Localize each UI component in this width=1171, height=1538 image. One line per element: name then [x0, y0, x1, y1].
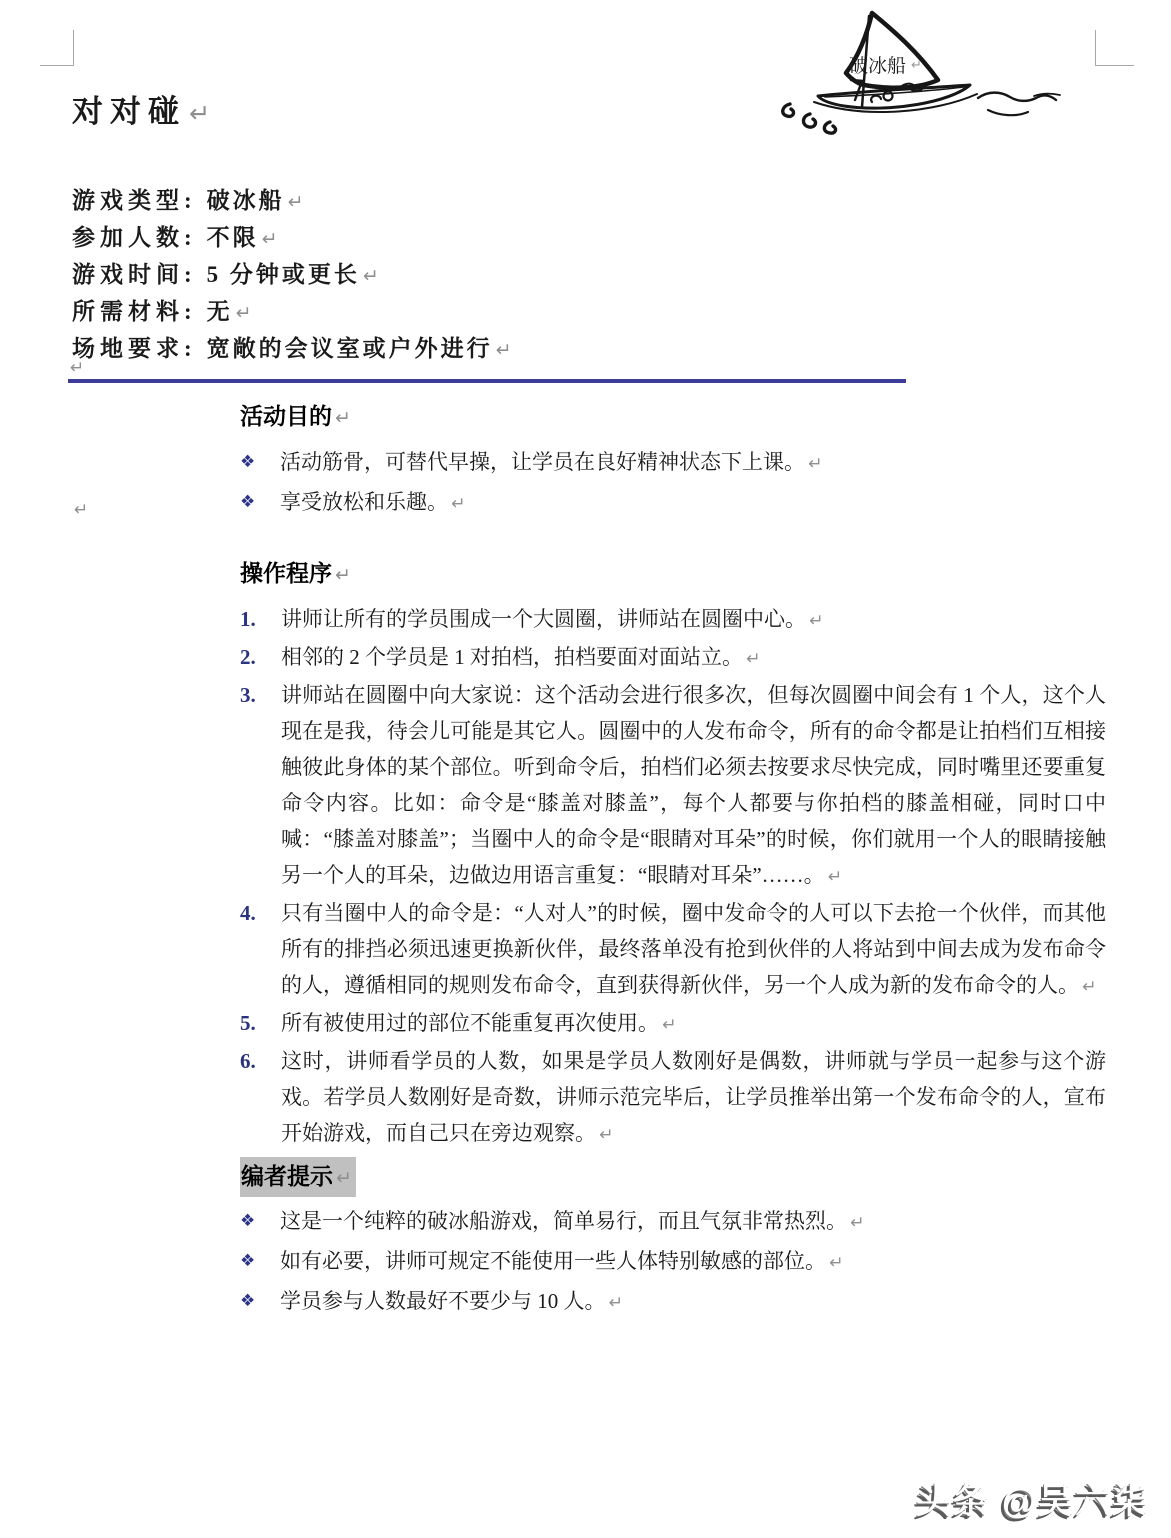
- paragraph-mark: ↵: [609, 1293, 623, 1313]
- bullet-text: 这是一个纯粹的破冰船游戏，简单易行，而且气氛非常热烈。↵: [280, 1203, 1106, 1242]
- step-number: 6.: [240, 1043, 281, 1079]
- paragraph-mark: ↵: [808, 454, 822, 474]
- info-line-duration: 游戏时间:5 分钟或更长↵: [72, 256, 511, 293]
- wave-line-right-2: [988, 110, 1028, 115]
- tips-bullet-item: ❖ 如有必要，讲师可规定不能使用一些人体特别敏感的部位。↵: [240, 1243, 1106, 1282]
- paragraph-mark: ↵: [236, 302, 252, 324]
- text-boundary-mark-top-right: [1095, 30, 1134, 66]
- paragraph-mark: ↵: [335, 564, 351, 586]
- diamond-bullet-icon: ❖: [240, 444, 280, 481]
- step-text: 所有被使用过的部位不能重复再次使用。↵: [281, 1005, 1106, 1043]
- bullet-text-content: 活动筋骨，可替代早操，让学员在良好精神状态下上课。: [280, 450, 805, 474]
- paragraph-mark: ↵: [809, 611, 823, 631]
- step-number: 1.: [240, 601, 281, 637]
- section-heading-procedure: 操作程序↵: [240, 555, 1106, 593]
- watermark: 头条 @吴六柒: [916, 1474, 1149, 1524]
- hull-scribble-2: [871, 96, 881, 102]
- paragraph-mark: ↵: [70, 358, 84, 378]
- hull-scribble-3: [884, 92, 893, 101]
- info-line-venue: 场地要求:宽敞的会议室或户外进行↵: [72, 330, 511, 367]
- paragraph-mark: ↵: [746, 649, 760, 669]
- text-boundary-mark-top-left: [40, 30, 74, 66]
- sailboat-illustration: 破冰船 ↵: [772, 6, 1064, 136]
- info-line-game-type: 游戏类型:破冰船↵: [72, 182, 511, 219]
- bullet-text-content: 如有必要，讲师可规定不能使用一些人体特别敏感的部位。: [280, 1249, 826, 1273]
- section-heading-purpose: 活动目的↵: [240, 398, 1106, 436]
- highlighted-heading: 编者提示↵: [240, 1157, 356, 1197]
- info-value: 不限: [207, 225, 259, 250]
- paragraph-mark: ↵: [1082, 977, 1096, 997]
- tips-bullet-item: ❖ 这是一个纯粹的破冰船游戏，简单易行，而且气氛非常热烈。↵: [240, 1203, 1106, 1242]
- diamond-bullet-icon: ❖: [240, 1283, 280, 1320]
- paragraph-mark: ↵: [189, 98, 210, 128]
- procedure-step: 5. 所有被使用过的部位不能重复再次使用。↵: [240, 1005, 1106, 1043]
- heading-text: 编者提示: [241, 1163, 333, 1189]
- purpose-bullet-item: ❖ 享受放松和乐趣。↵: [240, 484, 1106, 523]
- paragraph-mark: ↵: [363, 265, 379, 287]
- bullet-text-content: 学员参与人数最好不要少与 10 人。: [280, 1289, 606, 1313]
- step-number: 2.: [240, 639, 281, 675]
- diamond-bullet-icon: ❖: [240, 1203, 280, 1240]
- paragraph-mark: ↵: [496, 339, 512, 361]
- heading-text: 操作程序: [240, 560, 332, 586]
- procedure-step: 2. 相邻的 2 个学员是 1 对拍档，拍档要面对面站立。↵: [240, 639, 1106, 677]
- info-value: 宽敞的会议室或户外进行: [207, 336, 493, 361]
- info-label: 所需材料:: [72, 299, 197, 324]
- paragraph-mark: ↵: [262, 228, 278, 250]
- diamond-bullet-icon: ❖: [240, 484, 280, 521]
- paragraph-mark: ↵: [850, 1213, 864, 1233]
- purpose-bullet-item: ❖ 活动筋骨，可替代早操，让学员在良好精神状态下上课。↵: [240, 444, 1106, 483]
- document-page: 对对碰↵ 破冰船 ↵ 游戏类型:破冰船↵ 参加人数:不限↵ 游戏时间:5 分钟或…: [0, 0, 1171, 1538]
- step-text: 讲师让所有的学员围成一个大圆圈，讲师站在圆圈中心。↵: [281, 601, 1106, 639]
- paragraph-mark: ↵: [599, 1125, 613, 1145]
- info-line-materials: 所需材料:无↵: [72, 293, 511, 330]
- info-value: 5 分钟或更长: [207, 262, 360, 287]
- diamond-bullet-icon: ❖: [240, 1243, 280, 1280]
- game-info-list: 游戏类型:破冰船↵ 参加人数:不限↵ 游戏时间:5 分钟或更长↵ 所需材料:无↵…: [72, 182, 511, 367]
- paragraph-mark: ↵: [336, 1167, 352, 1189]
- info-label: 场地要求:: [72, 336, 197, 361]
- boat-sail-label: 破冰船: [849, 55, 906, 77]
- step-text: 讲师站在圆圈中向大家说：这个活动会进行很多次，但每次圆圈中间会有 1 个人，这个…: [281, 677, 1106, 895]
- step-number: 5.: [240, 1005, 281, 1041]
- heading-text: 活动目的: [240, 403, 332, 429]
- procedure-step: 1. 讲师让所有的学员围成一个大圆圈，讲师站在圆圈中心。↵: [240, 601, 1106, 639]
- paragraph-mark: ↵: [662, 1015, 676, 1035]
- wave-curl-2: [803, 114, 815, 127]
- step-text: 相邻的 2 个学员是 1 对拍档，拍档要面对面站立。↵: [281, 639, 1106, 677]
- info-label: 参加人数:: [72, 225, 197, 250]
- info-label: 游戏类型:: [72, 188, 197, 213]
- bullet-text: 享受放松和乐趣。↵: [280, 484, 1106, 523]
- step-text-content: 所有被使用过的部位不能重复再次使用。: [281, 1011, 659, 1035]
- info-label: 游戏时间:: [72, 262, 197, 287]
- step-text-content: 讲师让所有的学员围成一个大圆圈，讲师站在圆圈中心。: [281, 607, 806, 631]
- document-body: 活动目的↵ ❖ 活动筋骨，可替代早操，让学员在良好精神状态下上课。↵ ❖ 享受放…: [240, 398, 1106, 1323]
- horizontal-rule: [68, 379, 906, 383]
- paragraph-mark: ↵: [288, 191, 304, 213]
- step-text: 只有当圈中人的命令是：“人对人”的时候，圈中发命令的人可以下去抢一个伙伴，而其他…: [281, 895, 1106, 1005]
- step-number: 4.: [240, 895, 281, 931]
- bullet-text-content: 这是一个纯粹的破冰船游戏，简单易行，而且气氛非常热烈。: [280, 1209, 847, 1233]
- bullet-text: 如有必要，讲师可规定不能使用一些人体特别敏感的部位。↵: [280, 1243, 1106, 1282]
- wave-curl-3: [824, 122, 835, 133]
- info-line-participants: 参加人数:不限↵: [72, 219, 511, 256]
- boat-paragraph-mark: ↵: [911, 58, 922, 73]
- paragraph-mark: ↵: [828, 867, 842, 887]
- wave-curl-1: [783, 104, 794, 116]
- paragraph-mark: ↵: [829, 1253, 843, 1273]
- step-text-content: 讲师站在圆圈中向大家说：这个活动会进行很多次，但每次圆圈中间会有 1 个人，这个…: [281, 683, 1106, 887]
- procedure-step: 6. 这时，讲师看学员的人数，如果是学员人数刚好是偶数，讲师就与学员一起参与这个…: [240, 1043, 1106, 1153]
- bullet-text-content: 享受放松和乐趣。: [280, 490, 448, 514]
- bullet-text: 活动筋骨，可替代早操，让学员在良好精神状态下上课。↵: [280, 444, 1106, 483]
- step-number: 3.: [240, 677, 281, 713]
- tips-bullet-item: ❖ 学员参与人数最好不要少与 10 人。↵: [240, 1283, 1106, 1322]
- section-heading-editor-tips: 编者提示↵: [240, 1157, 1106, 1197]
- step-text-content: 只有当圈中人的命令是：“人对人”的时候，圈中发命令的人可以下去抢一个伙伴，而其他…: [281, 901, 1106, 997]
- page-title: 对对碰↵: [72, 86, 210, 131]
- procedure-step: 3. 讲师站在圆圈中向大家说：这个活动会进行很多次，但每次圆圈中间会有 1 个人…: [240, 677, 1106, 895]
- paragraph-mark: ↵: [74, 500, 88, 520]
- paragraph-mark: ↵: [335, 407, 351, 429]
- step-text-content: 这时，讲师看学员的人数，如果是学员人数刚好是偶数，讲师就与学员一起参与这个游戏。…: [281, 1049, 1106, 1145]
- info-value: 破冰船: [207, 188, 285, 213]
- info-value: 无: [207, 299, 233, 324]
- step-text-content: 相邻的 2 个学员是 1 对拍档，拍档要面对面站立。: [281, 645, 743, 669]
- procedure-step: 4. 只有当圈中人的命令是：“人对人”的时候，圈中发命令的人可以下去抢一个伙伴，…: [240, 895, 1106, 1005]
- paragraph-mark: ↵: [451, 494, 465, 514]
- step-text: 这时，讲师看学员的人数，如果是学员人数刚好是偶数，讲师就与学员一起参与这个游戏。…: [281, 1043, 1106, 1153]
- page-title-text: 对对碰: [72, 94, 186, 129]
- bullet-text: 学员参与人数最好不要少与 10 人。↵: [280, 1283, 1106, 1322]
